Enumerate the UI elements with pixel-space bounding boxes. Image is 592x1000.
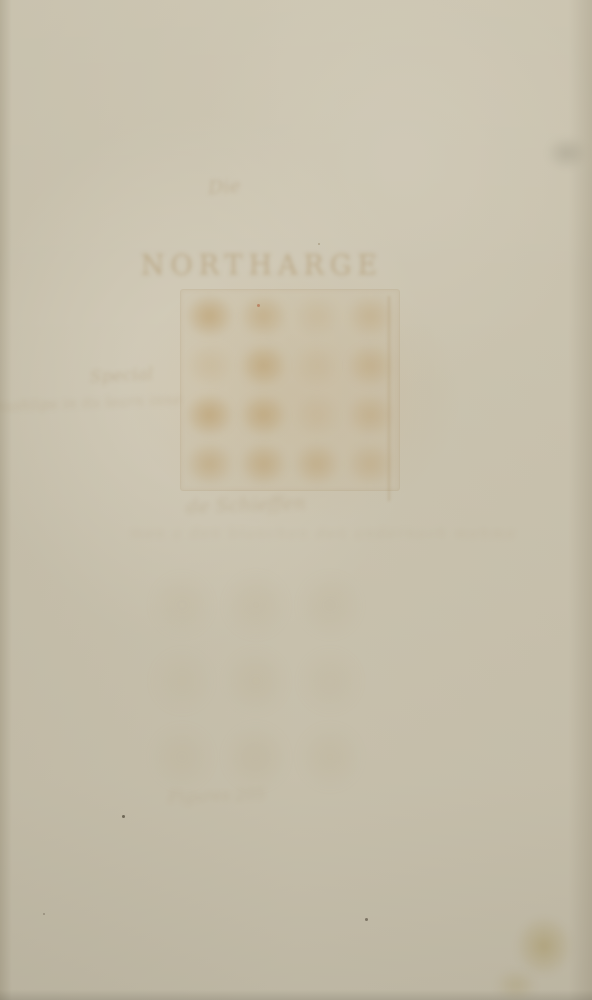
stamp-cell bbox=[185, 393, 234, 437]
stamp-cell bbox=[293, 393, 342, 437]
page: Die NORTHARGE Special hushlips in its le… bbox=[0, 0, 592, 1000]
ghost-lower-panel bbox=[150, 572, 362, 790]
panel-cell bbox=[298, 648, 362, 714]
panel-cell bbox=[224, 648, 288, 714]
ghost-script-line-4: men a den blanchen den andernach mehme bbox=[130, 526, 517, 542]
foxing-stain-small bbox=[494, 968, 538, 1000]
paper-speck bbox=[365, 918, 368, 921]
stamp-cell bbox=[185, 294, 234, 338]
paper-speck bbox=[318, 243, 320, 245]
panel-cell bbox=[298, 724, 362, 790]
stamp-cell bbox=[293, 294, 342, 338]
stamp-cell bbox=[293, 343, 342, 387]
stamp-cell bbox=[185, 442, 234, 486]
panel-cell bbox=[224, 572, 288, 638]
ghost-caption-bottom: Figures 205 bbox=[168, 784, 266, 806]
panel-cell bbox=[150, 572, 214, 638]
paper-speck bbox=[257, 304, 260, 307]
panel-cell bbox=[224, 724, 288, 790]
panel-cell bbox=[150, 724, 214, 790]
panel-cell bbox=[298, 572, 362, 638]
stamp-edge-line bbox=[388, 296, 390, 501]
ghost-script-line-2: hushlips in its learn inne bbox=[0, 391, 182, 416]
ghost-script-line-3: de Schieffen bbox=[186, 492, 306, 518]
stamp-cell bbox=[239, 393, 288, 437]
paper-speck bbox=[122, 815, 125, 818]
stamp-cell bbox=[239, 343, 288, 387]
stamp-cell bbox=[239, 294, 288, 338]
panel-cell bbox=[150, 648, 214, 714]
ghost-stamp-block bbox=[180, 289, 400, 491]
foxing-stain-large bbox=[515, 915, 573, 977]
paper-speck bbox=[43, 913, 45, 915]
ghost-title: NORTHARGE bbox=[112, 249, 412, 282]
ghost-script-line-1: Special bbox=[90, 364, 154, 387]
stamp-cell bbox=[293, 442, 342, 486]
stamp-cell bbox=[239, 442, 288, 486]
ghost-word-top: Die bbox=[207, 175, 241, 199]
smudge-mark bbox=[546, 136, 588, 170]
stamp-cell bbox=[185, 343, 234, 387]
